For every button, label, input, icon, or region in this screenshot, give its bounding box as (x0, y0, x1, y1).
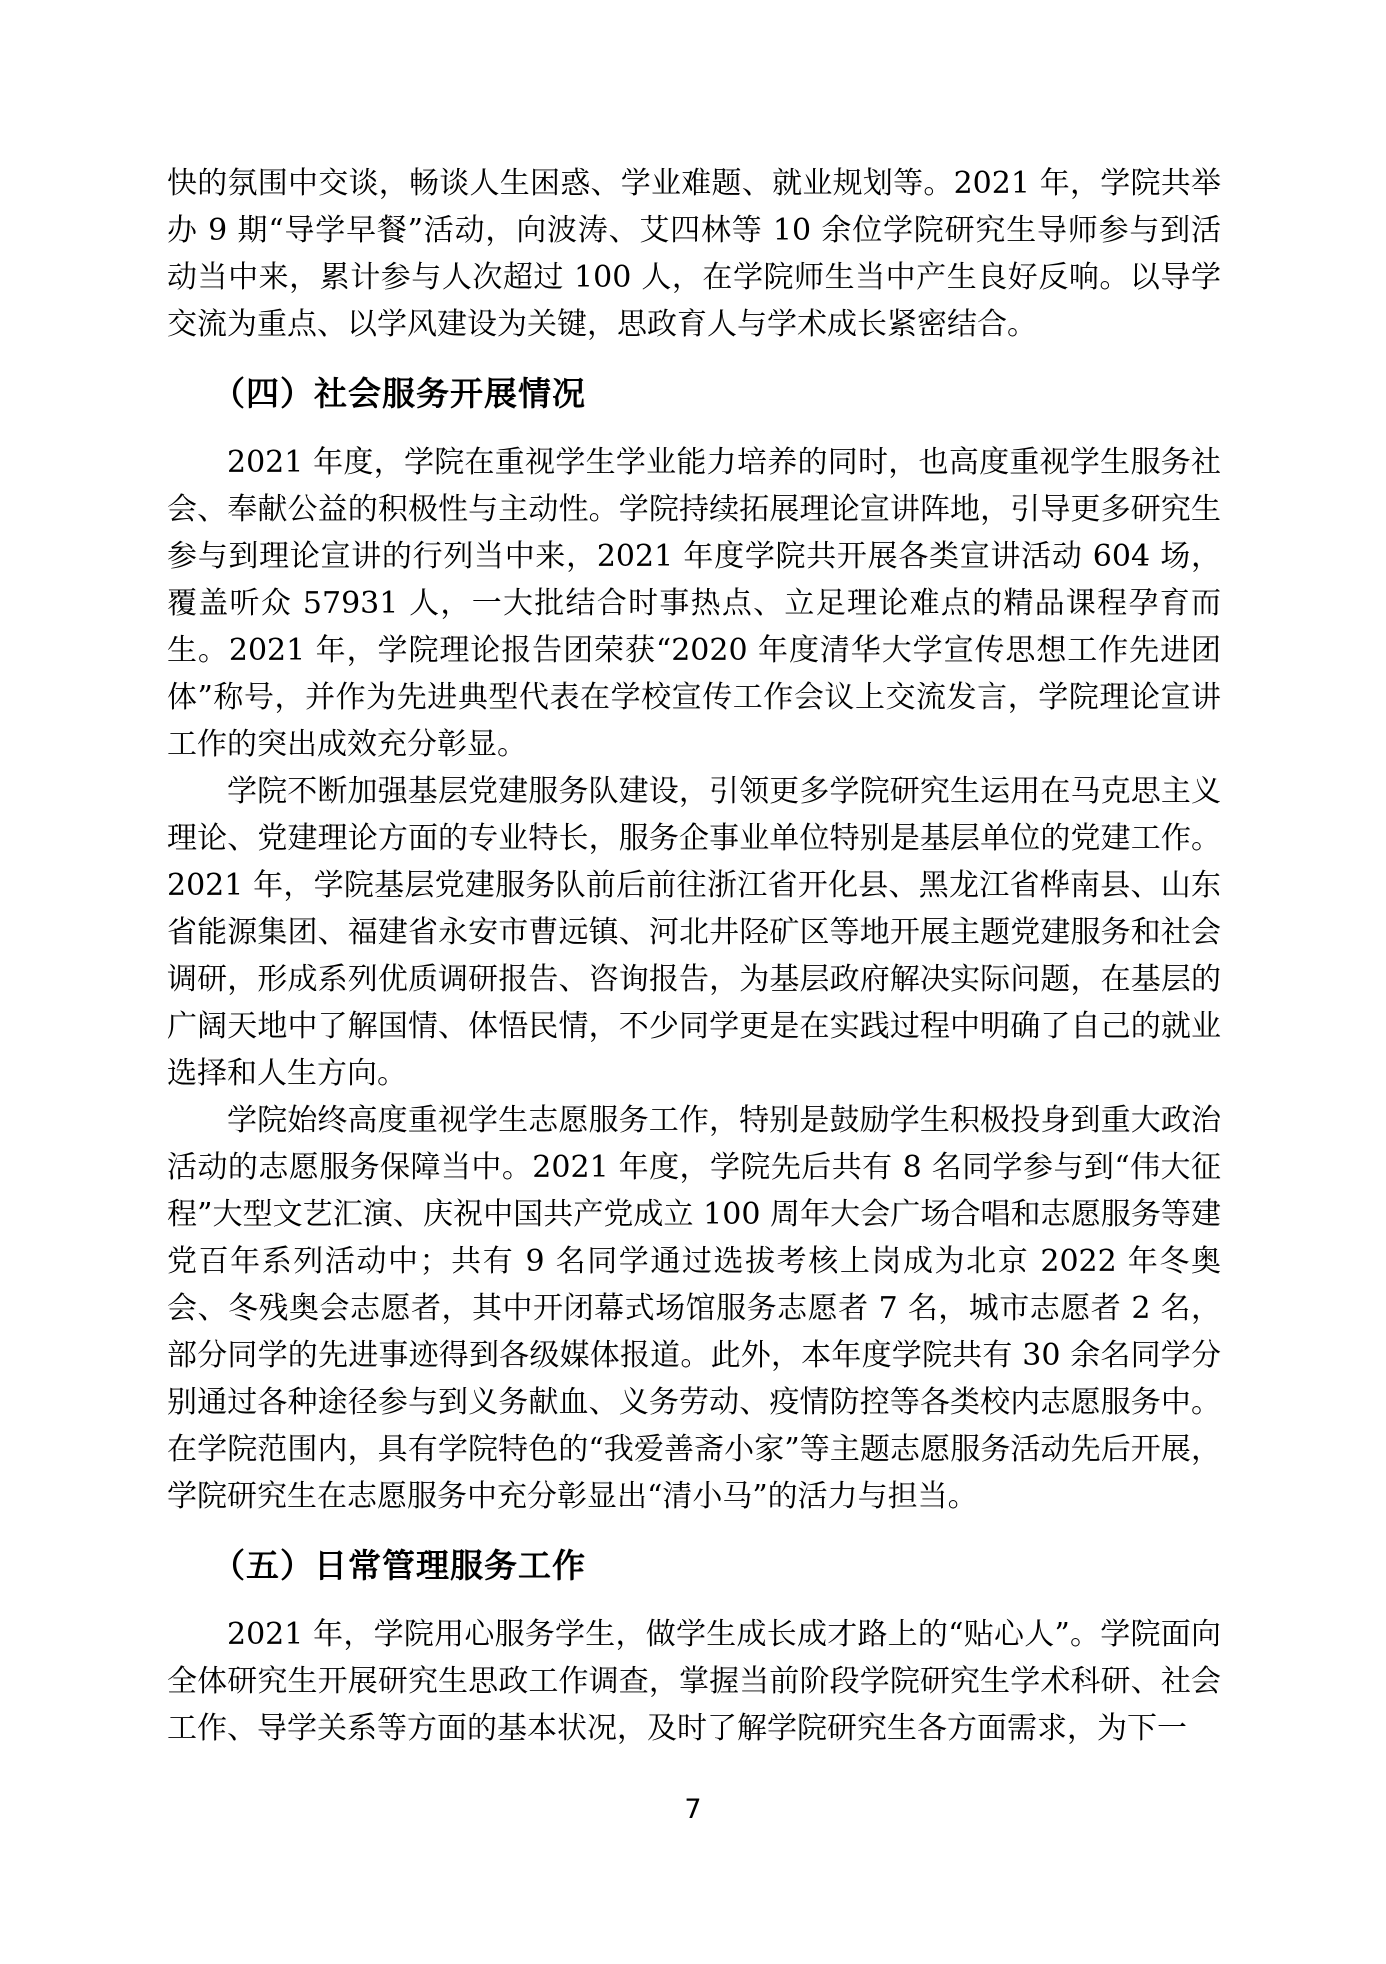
paragraph: 2021 年度，学院在重视学生学业能力培养的同时，也高度重视学生服务社会、奉献公… (167, 439, 1221, 768)
paragraph: 快的氛围中交谈，畅谈人生困惑、学业难题、就业规划等。2021 年，学院共举办 9… (167, 160, 1221, 348)
paragraph: 学院始终高度重视学生志愿服务工作，特别是鼓励学生积极投身到重大政治活动的志愿服务… (167, 1097, 1221, 1520)
section-heading: （五）日常管理服务工作 (167, 1542, 1221, 1589)
paragraph: 2021 年，学院用心服务学生，做学生成长成才路上的“贴心人”。学院面向全体研究… (167, 1611, 1221, 1752)
section-heading: （四）社会服务开展情况 (167, 370, 1221, 417)
page-content: 快的氛围中交谈，畅谈人生困惑、学业难题、就业规划等。2021 年，学院共举办 9… (167, 160, 1221, 1752)
page-footer: 7 (0, 1790, 1386, 1830)
paragraph: 学院不断加强基层党建服务队建设，引领更多学院研究生运用在马克思主义理论、党建理论… (167, 768, 1221, 1097)
page-number: 7 (684, 1794, 701, 1825)
document-page: 快的氛围中交谈，畅谈人生困惑、学业难题、就业规划等。2021 年，学院共举办 9… (0, 0, 1386, 1964)
